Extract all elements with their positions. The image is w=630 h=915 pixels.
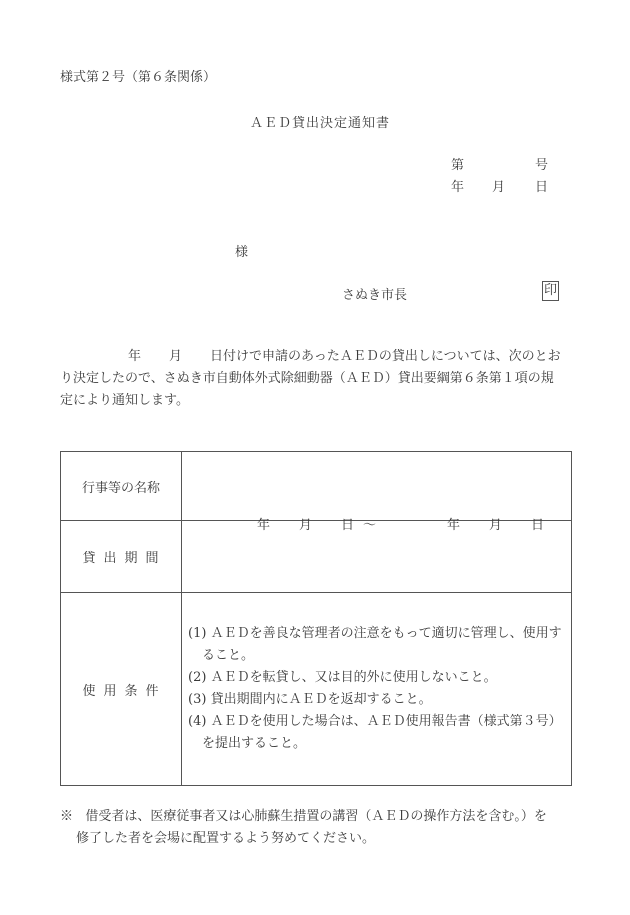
note-mark: ※ <box>60 809 73 824</box>
period-end-month: 月 <box>489 514 502 533</box>
doc-number-suffix: 号 <box>535 154 548 173</box>
note-line1: 借受者は、医療従事者又は心肺蘇生措置の講習（ＡＥＤの操作方法を含む。）を <box>85 809 547 824</box>
period-end-year: 年 <box>447 514 460 533</box>
condition-item: (3) 貸出期間内にＡＥＤを返却すること。 <box>188 689 570 711</box>
date-day: 日 <box>535 176 548 195</box>
issuer-name: さぬき市長 <box>342 284 407 303</box>
body-month: 月 <box>169 349 182 364</box>
body-line3: 定により通知します。 <box>60 390 580 412</box>
condition-item: (2) ＡＥＤを転貸し、又は目的外に使用しないこと。 <box>188 667 570 689</box>
date-month: 月 <box>492 176 505 195</box>
seal-mark: 印 <box>542 281 559 301</box>
condition-item: (4) ＡＥＤを使用した場合は、ＡＥＤ使用報告書（様式第３号） <box>188 711 570 733</box>
body-line2: り決定したので、さぬき市自動体外式除細動器（ＡＥＤ）貸出要綱第６条第１項の規 <box>60 368 580 390</box>
table-row: 貸出期間 年 月 日 ～ 年 月 日 <box>61 521 572 593</box>
doc-number-prefix: 第 <box>451 154 464 173</box>
loan-period-label: 貸出期間 <box>61 521 182 593</box>
table-row: 行事等の名称 <box>61 452 572 521</box>
table-row: 使用条件 (1) ＡＥＤを善良な管理者の注意をもって適切に管理し、使用す ること… <box>61 593 572 786</box>
loan-conditions-table: 行事等の名称 貸出期間 年 月 日 ～ 年 月 日 使用条件 (1) ＡＥＤを善… <box>60 451 572 786</box>
form-number: 様式第２号（第６条関係） <box>60 66 216 85</box>
body-line1: 日付けで申請のあったＡＥＤの貸出しについては、次のとお <box>210 349 561 364</box>
body-paragraph: 年月日付けで申請のあったＡＥＤの貸出しについては、次のとお り決定したので、さぬ… <box>60 346 580 412</box>
body-year: 年 <box>128 349 141 364</box>
period-tilde: ～ <box>363 514 376 533</box>
event-name-value <box>182 452 572 521</box>
period-start-month: 月 <box>299 514 312 533</box>
period-start-day: 日 <box>341 514 354 533</box>
note-line2: 修了した者を会場に配置するよう努めてください。 <box>60 828 547 850</box>
usage-conditions-list: (1) ＡＥＤを善良な管理者の注意をもって適切に管理し、使用す ること。 (2)… <box>182 593 572 786</box>
event-name-label: 行事等の名称 <box>61 452 182 521</box>
loan-period-value: 年 月 日 ～ 年 月 日 <box>182 521 572 593</box>
date-year: 年 <box>451 176 464 195</box>
usage-conditions-label: 使用条件 <box>61 593 182 786</box>
condition-item: (1) ＡＥＤを善良な管理者の注意をもって適切に管理し、使用す <box>188 623 570 645</box>
document-title: ＡＥＤ貸出決定通知書 <box>250 112 390 131</box>
addressee-suffix: 様 <box>235 241 248 260</box>
footnote: ※ 借受者は、医療従事者又は心肺蘇生措置の講習（ＡＥＤの操作方法を含む。）を 修… <box>60 806 547 850</box>
period-end-day: 日 <box>531 514 544 533</box>
period-start-year: 年 <box>257 514 270 533</box>
